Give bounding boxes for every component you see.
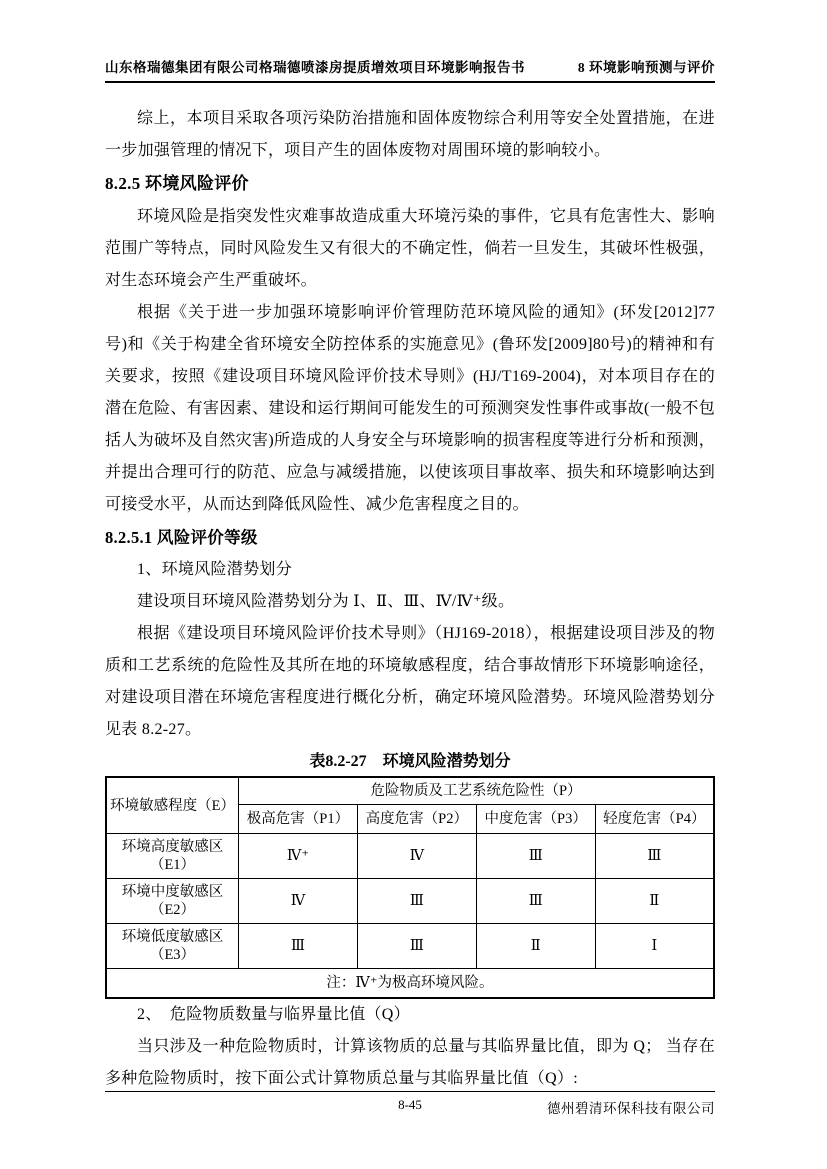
page-footer: 8-45 德州碧清环保科技有限公司 xyxy=(105,1091,715,1116)
header-report-title: 山东格瑞德集团有限公司格瑞德喷漆房提质增效项目环境影响报告书 xyxy=(105,56,525,76)
footer-company-name: 德州碧清环保科技有限公司 xyxy=(547,1097,715,1117)
cell-e1-p4: Ⅲ xyxy=(595,834,714,879)
risk-potential-table: 环境敏感程度（E） 危险物质及工艺系统危险性（P） 极高危害（P1） 高度危害（… xyxy=(105,776,715,999)
col-header-p1: 极高危害（P1） xyxy=(239,805,358,834)
row-label-e2: 环境中度敏感区（E2） xyxy=(106,879,239,924)
heading-8-2-5-1: 8.2.5.1 风险评价等级 xyxy=(105,521,715,554)
cell-e3-p1: Ⅲ xyxy=(239,924,358,969)
row-label-e3: 环境低度敏感区（E3） xyxy=(106,924,239,969)
cell-e2-p1: Ⅳ xyxy=(239,879,358,924)
cell-e2-p3: Ⅲ xyxy=(476,879,595,924)
col-header-p3: 中度危害（P3） xyxy=(476,805,595,834)
cell-e1-p2: Ⅳ xyxy=(357,834,476,879)
cell-e3-p2: Ⅲ xyxy=(357,924,476,969)
list-item-1: 1、环境风险潜势划分 xyxy=(105,554,715,586)
cell-e2-p2: Ⅲ xyxy=(357,879,476,924)
table-span-header: 危险物质及工艺系统危险性（P） xyxy=(239,777,714,805)
paragraph-hj169-2018: 根据《建设项目环境风险评价技术导则》（HJ169-2018），根据建设项目涉及的… xyxy=(105,618,715,746)
row-label-e1: 环境高度敏感区（E1） xyxy=(106,834,239,879)
paragraph-risk-definition: 环境风险是指突发性灾难事故造成重大环境污染的事件，它具有危害性大、影响范围广等特… xyxy=(105,201,715,297)
page-margin-box: 山东格瑞德集团有限公司格瑞德喷漆房提质增效项目环境影响报告书 8 环境影响预测与… xyxy=(105,0,715,1095)
table-row-e2: 环境中度敏感区（E2） Ⅳ Ⅲ Ⅲ Ⅱ xyxy=(106,879,714,924)
document-body: 综上，本项目采取各项污染防治措施和固体废物综合利用等安全处置措施，在进一步加强管… xyxy=(105,83,715,1095)
table-row-e3: 环境低度敏感区（E3） Ⅲ Ⅲ Ⅱ Ⅰ xyxy=(106,924,714,969)
table-corner-header: 环境敏感程度（E） xyxy=(106,777,239,834)
paragraph-evaluation-basis: 根据《关于进一步加强环境影响评价管理防范环境风险的通知》(环发[2012]77 … xyxy=(105,297,715,521)
col-header-p2: 高度危害（P2） xyxy=(357,805,476,834)
table-note-row: 注：Ⅳ⁺为极高环境风险。 xyxy=(106,969,714,998)
paragraph-summary: 综上，本项目采取各项污染防治措施和固体废物综合利用等安全处置措施，在进一步加强管… xyxy=(105,103,715,167)
paragraph-q-ratio: 当只涉及一种危险物质时，计算该物质的总量与其临界量比值，即为 Q； 当存在多种危… xyxy=(105,1031,715,1095)
cell-e1-p1: Ⅳ⁺ xyxy=(239,834,358,879)
cell-e3-p3: Ⅱ xyxy=(476,924,595,969)
table-header-row-1: 环境敏感程度（E） 危险物质及工艺系统危险性（P） xyxy=(106,777,714,805)
footer-row: 8-45 德州碧清环保科技有限公司 xyxy=(105,1092,715,1116)
col-header-p4: 轻度危害（P4） xyxy=(595,805,714,834)
cell-e2-p4: Ⅱ xyxy=(595,879,714,924)
page-header: 山东格瑞德集团有限公司格瑞德喷漆房提质增效项目环境影响报告书 8 环境影响预测与… xyxy=(105,0,715,76)
cell-e1-p3: Ⅲ xyxy=(476,834,595,879)
table-row-e1: 环境高度敏感区（E1） Ⅳ⁺ Ⅳ Ⅲ Ⅲ xyxy=(106,834,714,879)
list-item-2: 2、 危险物质数量与临界量比值（Q） xyxy=(105,999,715,1031)
table-note: 注：Ⅳ⁺为极高环境风险。 xyxy=(106,969,714,998)
table-caption: 表8.2-27 环境风险潜势划分 xyxy=(105,748,715,776)
heading-8-2-5: 8.2.5 环境风险评价 xyxy=(105,167,715,201)
cell-e3-p4: Ⅰ xyxy=(595,924,714,969)
header-chapter-title: 8 环境影响预测与评价 xyxy=(578,56,715,76)
paragraph-potential-levels: 建设项目环境风险潜势划分为 Ⅰ、Ⅱ、Ⅲ、Ⅳ/Ⅳ⁺级。 xyxy=(105,586,715,618)
document-page: 山东格瑞德集团有限公司格瑞德喷漆房提质增效项目环境影响报告书 8 环境影响预测与… xyxy=(0,0,827,1169)
